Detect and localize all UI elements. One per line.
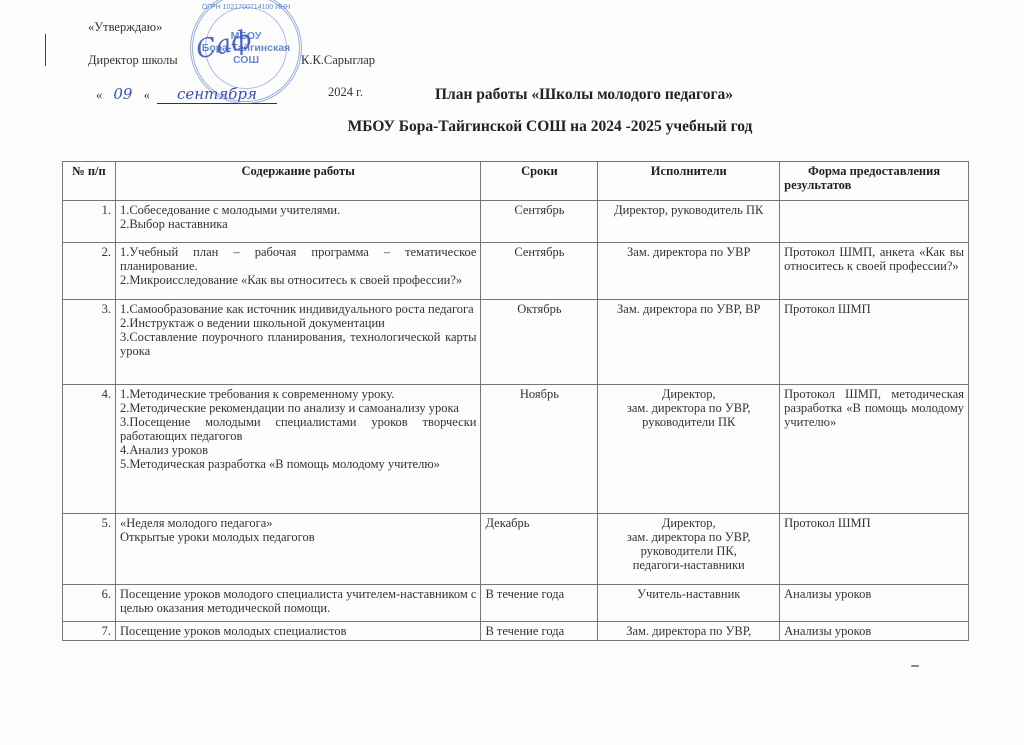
row-results: Анализы уроков [780, 585, 969, 622]
row-content: Посещение уроков молодого специалиста уч… [115, 585, 481, 622]
table-row: 4.1.Методические требования к современно… [63, 385, 969, 514]
table-row: 6.Посещение уроков молодого специалиста … [63, 585, 969, 622]
row-content: 1.Учебный план – рабочая программа – тем… [115, 243, 481, 300]
executor-line: Зам. директора по УВР, ВР [602, 302, 775, 316]
table-header-row: № п/п Содержание работы Сроки Исполнител… [63, 162, 969, 201]
executor-line: Учитель-наставник [602, 587, 775, 601]
row-date: Сентябрь [481, 243, 598, 300]
row-content: 1.Самообразование как источник индивидуа… [115, 300, 481, 385]
row-executors: Директор,зам. директора по УВР,руководит… [598, 385, 780, 514]
header-num: № п/п [63, 162, 116, 201]
row-number: 6. [63, 585, 116, 622]
row-date: Ноябрь [481, 385, 598, 514]
director-label: Директор школы [88, 53, 178, 67]
table-body: 1.1.Собеседование с молодыми учителями.2… [63, 201, 969, 641]
executor-line: педагоги-наставники [602, 558, 775, 572]
table-row: 1.1.Собеседование с молодыми учителями.2… [63, 201, 969, 243]
content-item: Посещение уроков молодого специалиста уч… [120, 587, 477, 615]
content-item: 4.Анализ уроков [120, 443, 477, 457]
content-item: Открытые уроки молодых педагогов [120, 530, 477, 544]
row-number: 3. [63, 300, 116, 385]
row-number: 7. [63, 622, 116, 641]
content-item: 5.Методическая разработка «В помощь моло… [120, 457, 477, 471]
table-row: 5.«Неделя молодого педагога»Открытые уро… [63, 514, 969, 585]
row-number: 4. [63, 385, 116, 514]
row-content: Посещение уроков молодых специалистов [115, 622, 481, 641]
table-row: 7.Посещение уроков молодых специалистовВ… [63, 622, 969, 641]
director-line: Директор школы К.К.Сарыглар [88, 53, 178, 68]
content-item: 2.Выбор наставника [120, 217, 477, 231]
content-item: 3.Составление поурочного планирования, т… [120, 330, 477, 358]
row-executors: Зам. директора по УВР, ВР [598, 300, 780, 385]
table-row: 3.1.Самообразование как источник индивид… [63, 300, 969, 385]
row-number: 1. [63, 201, 116, 243]
header-results: Форма предоставления результатов [780, 162, 969, 201]
row-results: Анализы уроков [780, 622, 969, 641]
row-date: Сентябрь [481, 201, 598, 243]
content-item: 2.Инструктаж о ведении школьной документ… [120, 316, 477, 330]
row-number: 5. [63, 514, 116, 585]
stamp-line-2: Бора-Тайгинская [202, 42, 290, 54]
executor-line: зам. директора по УВР, [602, 401, 775, 415]
executor-line: Зам. директора по УВР [602, 245, 775, 259]
content-item: 1.Самообразование как источник индивидуа… [120, 302, 477, 316]
row-date: Октябрь [481, 300, 598, 385]
work-plan-table: № п/п Содержание работы Сроки Исполнител… [62, 161, 969, 641]
table-row: 2.1.Учебный план – рабочая программа – т… [63, 243, 969, 300]
row-date: Декабрь [481, 514, 598, 585]
executor-line: руководители ПК [602, 415, 775, 429]
row-content: «Неделя молодого педагога»Открытые уроки… [115, 514, 481, 585]
row-results: Протокол ШМП [780, 514, 969, 585]
row-executors: Зам. директора по УВР [598, 243, 780, 300]
header-content: Содержание работы [115, 162, 481, 201]
margin-mark [45, 34, 46, 66]
content-item: Посещение уроков молодых специалистов [120, 624, 477, 638]
row-executors: Директор, руководитель ПК [598, 201, 780, 243]
stamp-ring-text: ОГРН 1021700714100 ИНН [202, 3, 291, 13]
stamp-line-3: СОШ [233, 54, 259, 66]
row-results: Протокол ШМП, методическая разработка «В… [780, 385, 969, 514]
content-item: 1.Собеседование с молодыми учителями. [120, 203, 477, 217]
document-title: План работы «Школы молодого педагога» [72, 86, 1024, 104]
executor-line: руководители ПК, [602, 544, 775, 558]
row-results: Протокол ШМП [780, 300, 969, 385]
director-name: К.К.Сарыглар [301, 53, 375, 68]
header-executors: Исполнители [598, 162, 780, 201]
header-date: Сроки [481, 162, 598, 201]
row-number: 2. [63, 243, 116, 300]
row-content: 1.Собеседование с молодыми учителями.2.В… [115, 201, 481, 243]
scan-mark [911, 665, 919, 667]
row-executors: Зам. директора по УВР, [598, 622, 780, 641]
content-item: 3.Посещение молодыми специалистами уроко… [120, 415, 477, 443]
content-item: «Неделя молодого педагога» [120, 516, 477, 530]
row-content: 1.Методические требования к современному… [115, 385, 481, 514]
content-item: 1.Методические требования к современному… [120, 387, 477, 401]
approve-label: «Утверждаю» [88, 20, 162, 35]
content-item: 2.Методические рекомендации по анализу и… [120, 401, 477, 415]
executor-line: Зам. директора по УВР, [602, 624, 775, 638]
row-executors: Директор,зам. директора по УВР,руководит… [598, 514, 780, 585]
row-results: Протокол ШМП, анкета «Как вы относитесь … [780, 243, 969, 300]
content-item: 1.Учебный план – рабочая программа – тем… [120, 245, 477, 273]
row-date: В течение года [481, 585, 598, 622]
row-executors: Учитель-наставник [598, 585, 780, 622]
content-item: 2.Микроисследование «Как вы относитесь к… [120, 273, 477, 287]
row-date: В течение года [481, 622, 598, 641]
executor-line: Директор, руководитель ПК [602, 203, 775, 217]
stamp-line-1: МБОУ [231, 30, 262, 42]
executor-line: зам. директора по УВР, [602, 530, 775, 544]
executor-line: Директор, [602, 516, 775, 530]
row-results [780, 201, 969, 243]
document-subtitle: МБОУ Бора-Тайгинской СОШ на 2024 -2025 у… [38, 118, 1024, 136]
executor-line: Директор, [602, 387, 775, 401]
